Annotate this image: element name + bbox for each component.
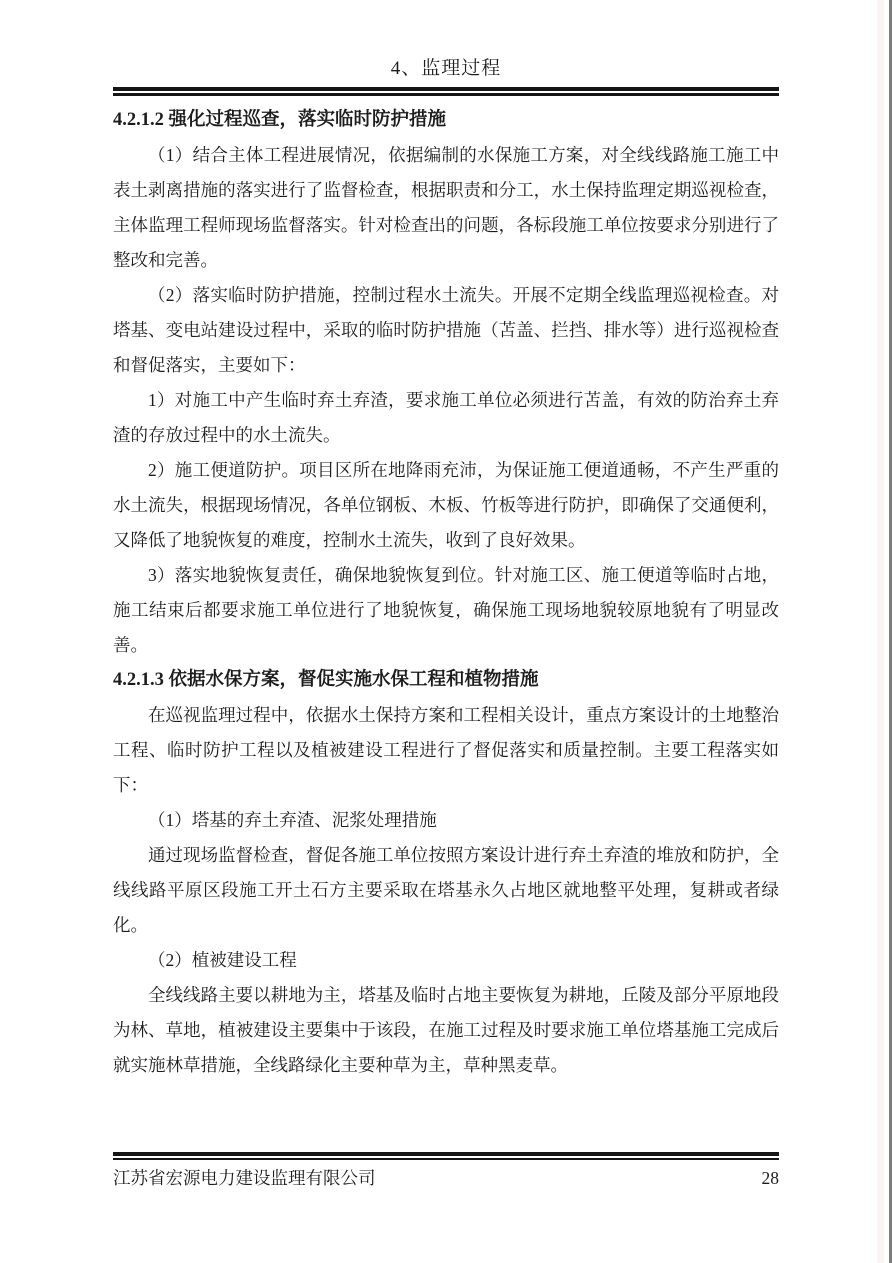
body-paragraph: 通过现场监督检查，督促各施工单位按照方案设计进行弃土弃渣的堆放和防护，全线线路平… [113, 838, 779, 943]
section-heading-4212: 4.2.1.2 强化过程巡查，落实临时防护措施 [113, 103, 779, 138]
page-header: 4、监理过程 [113, 56, 779, 82]
body-paragraph: 1）对施工中产生临时弃土弃渣，要求施工单位必须进行苫盖，有效的防治弃土弃渣的存放… [113, 383, 779, 453]
section-heading-4213: 4.2.1.3 依据水保方案，督促实施水保工程和植物措施 [113, 663, 779, 698]
document-page: 4、监理过程 4.2.1.2 强化过程巡查，落实临时防护措施 （1）结合主体工程… [0, 0, 893, 1263]
body-paragraph: 2）施工便道防护。项目区所在地降雨充沛，为保证施工便道通畅，不产生严重的水土流失… [113, 453, 779, 558]
body-paragraph: 3）落实地貌恢复责任，确保地貌恢复到位。针对施工区、施工便道等临时占地，施工结束… [113, 558, 779, 663]
body-paragraph: （2）落实临时防护措施，控制过程水土流失。开展不定期全线监理巡视检查。对塔基、变… [113, 278, 779, 383]
scan-edge-line [889, 0, 892, 1263]
page-number: 28 [762, 1163, 780, 1193]
footer-double-rule [113, 1152, 779, 1160]
body-paragraph: （1）塔基的弃土弃渣、泥浆处理措施 [113, 803, 779, 838]
scan-edge-tint [877, 0, 884, 1263]
header-title: 4、监理过程 [391, 58, 502, 79]
page-footer: 江苏省宏源电力建设监理有限公司 28 [113, 1163, 779, 1193]
body-paragraph: 全线线路主要以耕地为主，塔基及临时占地主要恢复为耕地，丘陵及部分平原地段为林、草… [113, 978, 779, 1083]
header-double-rule [113, 87, 779, 96]
body-paragraph: （1）结合主体工程进展情况，依据编制的水保施工方案，对全线线路施工施工中表土剥离… [113, 138, 779, 278]
document-body: 4.2.1.2 强化过程巡查，落实临时防护措施 （1）结合主体工程进展情况，依据… [113, 103, 779, 1083]
body-paragraph: 在巡视监理过程中，依据水土保持方案和工程相关设计，重点方案设计的土地整治工程、临… [113, 698, 779, 803]
footer-company-name: 江苏省宏源电力建设监理有限公司 [113, 1163, 376, 1193]
body-paragraph: （2）植被建设工程 [113, 943, 779, 978]
